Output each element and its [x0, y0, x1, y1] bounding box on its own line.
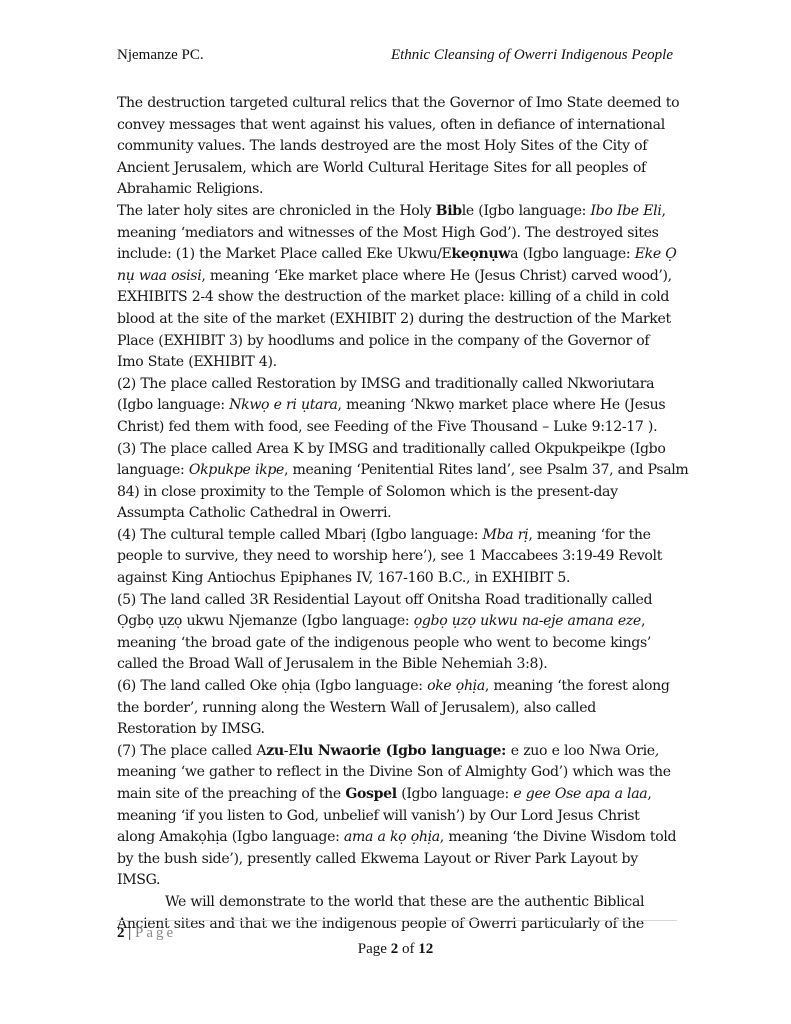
text-line: Imo State (EXHIBIT 4).: [117, 352, 687, 374]
text-line: people to survive, they need to worship …: [117, 546, 687, 568]
bold-run: zu: [266, 743, 284, 759]
text-run: against King Antiochus Epiphanes IV, 167…: [117, 570, 570, 586]
text-run: Christ) fed them with food, see Feeding …: [117, 419, 657, 435]
igbo-term: Eke Ọ: [635, 246, 677, 262]
text-run: IMSG.: [117, 872, 160, 888]
current-page: 2: [391, 941, 399, 957]
text-line: Restoration by IMSG.: [117, 719, 687, 741]
footer-divider: [117, 920, 677, 921]
text-run: main site of the preaching of the: [117, 786, 345, 802]
igbo-term: ọgbọ ụzọ ukwu na-eje amana eze: [414, 613, 641, 629]
text-run: -E: [284, 743, 298, 759]
igbo-term: ama a kọ ọhịa: [344, 829, 440, 845]
text-line-indented: We will demonstrate to the world that th…: [117, 892, 687, 914]
text-run: Abrahamic Religions.: [117, 181, 263, 197]
igbo-term: Ibo Ibe Eli: [590, 203, 661, 219]
text-line: (3) The place called Area K by IMSG and …: [117, 439, 687, 461]
text-run: , meaning ‘for the: [528, 527, 650, 543]
text-run: (6) The land called Oke ọhịa (Igbo langu…: [117, 678, 427, 694]
text-line: EXHIBITS 2-4 show the destruction of the…: [117, 287, 687, 309]
text-line: The later holy sites are chronicled in t…: [117, 201, 687, 223]
footer-page-label: 2 | Page: [117, 925, 176, 942]
text-run: , meaning ‘Eke market place where He (Je…: [201, 268, 671, 284]
text-run: include: (1) the Market Place called Eke…: [117, 246, 451, 262]
text-line: The destruction targeted cultural relics…: [117, 93, 687, 115]
text-line: called the Broad Wall of Jerusalem in th…: [117, 654, 687, 676]
text-line: convey messages that went against his va…: [117, 115, 687, 137]
text-run: e zuo e loo Nwa Orie: [511, 743, 655, 759]
text-run: , meaning ‘the forest along: [485, 678, 670, 694]
text-line: 84) in close proximity to the Temple of …: [117, 482, 687, 504]
header-author: Njemanze PC.: [117, 47, 204, 64]
text-run: the border’, running along the Western W…: [117, 700, 596, 716]
text-line: nụ waa osisi, meaning ‘Eke market place …: [117, 266, 687, 288]
text-line: meaning ‘we gather to reflect in the Div…: [117, 762, 687, 784]
page-of-prefix: Page: [358, 941, 387, 957]
text-run: (2) The place called Restoration by IMSG…: [117, 376, 654, 392]
text-line: Abrahamic Religions.: [117, 179, 687, 201]
text-run: blood at the site of the market (EXHIBIT…: [117, 311, 671, 327]
text-run: (5) The land called 3R Residential Layou…: [117, 592, 652, 608]
text-run: (3) The place called Area K by IMSG and …: [117, 441, 666, 457]
text-line: along Amakọhịa (Igbo language: ama a kọ …: [117, 827, 687, 849]
text-line: (Igbo language: Nkwọ e ri ụtara, meaning…: [117, 395, 687, 417]
igbo-term: ,: [655, 743, 659, 759]
bold-run: Gospel: [345, 786, 396, 802]
text-run: ,: [647, 786, 651, 802]
igbo-term: Mba rị: [483, 527, 529, 543]
document-page: Njemanze PC. Ethnic Cleansing of Owerri …: [0, 0, 791, 1024]
text-run: along Amakọhịa (Igbo language:: [117, 829, 344, 845]
text-run: meaning ‘we gather to reflect in the Div…: [117, 764, 671, 780]
text-run: a (Igbo language:: [510, 246, 635, 262]
text-run: ,: [662, 203, 666, 219]
text-line: Ancient Jerusalem, which are World Cultu…: [117, 158, 687, 180]
text-line: Christ) fed them with food, see Feeding …: [117, 417, 687, 439]
text-run: EXHIBITS 2-4 show the destruction of the…: [117, 289, 669, 305]
text-run: (7) The place called A: [117, 743, 266, 759]
text-line: (2) The place called Restoration by IMSG…: [117, 374, 687, 396]
text-run: (Igbo language:: [397, 786, 514, 802]
text-run: , meaning ‘Penitential Rites land’, see …: [284, 462, 688, 478]
text-run: convey messages that went against his va…: [117, 117, 665, 133]
text-run: The destruction targeted cultural relics…: [117, 95, 679, 111]
bold-run: Bib: [436, 203, 462, 219]
text-line: by the bush side’), presently called Ekw…: [117, 849, 687, 871]
text-run: , meaning ‘the Divine Wisdom told: [440, 829, 676, 845]
text-run: by the bush side’), presently called Ekw…: [117, 851, 638, 867]
total-pages: 12: [418, 941, 433, 957]
text-run: 84) in close proximity to the Temple of …: [117, 484, 618, 500]
text-line: include: (1) the Market Place called Eke…: [117, 244, 687, 266]
text-run: called the Broad Wall of Jerusalem in th…: [117, 656, 547, 672]
bold-run: keọnụw: [451, 246, 510, 262]
text-run: Place (EXHIBIT 3) by hoodlums and police…: [117, 333, 649, 349]
text-run: (Igbo language:: [117, 397, 229, 413]
body-text: The destruction targeted cultural relics…: [117, 93, 687, 935]
text-run: people to survive, they need to worship …: [117, 548, 662, 564]
text-line: Place (EXHIBIT 3) by hoodlums and police…: [117, 331, 687, 353]
text-line: meaning ‘if you listen to God, unbelief …: [117, 806, 687, 828]
text-run: Ọgbọ ụzọ ukwu Njemanze (Igbo language:: [117, 613, 414, 629]
text-run: Ancient sites and that we the indigenous…: [117, 916, 644, 932]
text-line: community values. The lands destroyed ar…: [117, 136, 687, 158]
text-line: Ọgbọ ụzọ ukwu Njemanze (Igbo language: ọ…: [117, 611, 687, 633]
footer-page-number: 2: [117, 925, 125, 941]
bold-run: lu Nwaorie (Igbo language:: [298, 743, 511, 759]
text-run: community values. The lands destroyed ar…: [117, 138, 647, 154]
text-line: (5) The land called 3R Residential Layou…: [117, 590, 687, 612]
text-line: against King Antiochus Epiphanes IV, 167…: [117, 568, 687, 590]
text-run: meaning ‘the broad gate of the indigenou…: [117, 635, 651, 651]
text-line: (6) The land called Oke ọhịa (Igbo langu…: [117, 676, 687, 698]
page-of-indicator: Page 2 of 12: [0, 941, 791, 958]
igbo-term: nụ waa osisi: [117, 268, 201, 284]
text-line: main site of the preaching of the Gospel…: [117, 784, 687, 806]
text-run: Assumpta Catholic Cathedral in Owerri.: [117, 505, 391, 521]
text-line: language: Okpukpe ikpe, meaning ‘Peniten…: [117, 460, 687, 482]
page-of-word: of: [402, 941, 415, 957]
footer-page-word: Page: [135, 925, 176, 941]
text-line: (4) The cultural temple called Mbarị (Ig…: [117, 525, 687, 547]
header-title: Ethnic Cleansing of Owerri Indigenous Pe…: [391, 47, 673, 64]
igbo-term: e gee Ose apa a laa: [513, 786, 647, 802]
text-line: meaning ‘the broad gate of the indigenou…: [117, 633, 687, 655]
igbo-term: Okpukpe ikpe: [189, 462, 284, 478]
text-line: (7) The place called Azu-Elu Nwaorie (Ig…: [117, 741, 687, 763]
text-line: Ancient sites and that we the indigenous…: [117, 914, 687, 936]
text-run: Ancient Jerusalem, which are World Cultu…: [117, 160, 646, 176]
text-line: the border’, running along the Western W…: [117, 698, 687, 720]
text-line: meaning ‘mediators and witnesses of the …: [117, 223, 687, 245]
igbo-term: Nkwọ e ri ụtara: [229, 397, 337, 413]
text-run: language:: [117, 462, 189, 478]
text-run: Restoration by IMSG.: [117, 721, 265, 737]
text-run: , meaning ‘Nkwọ market place where He (J…: [338, 397, 666, 413]
footer-separator: |: [128, 925, 131, 941]
text-run: e (Igbo language:: [466, 203, 591, 219]
text-run: (4) The cultural temple called Mbarị (Ig…: [117, 527, 483, 543]
text-run: Imo State (EXHIBIT 4).: [117, 354, 277, 370]
text-run: The later holy sites are chronicled in t…: [117, 203, 436, 219]
text-run: meaning ‘mediators and witnesses of the …: [117, 225, 659, 241]
text-run: We will demonstrate to the world that th…: [165, 894, 644, 910]
text-line: Assumpta Catholic Cathedral in Owerri.: [117, 503, 687, 525]
text-line: blood at the site of the market (EXHIBIT…: [117, 309, 687, 331]
text-line: IMSG.: [117, 870, 687, 892]
text-run: ,: [641, 613, 645, 629]
igbo-term: oke ọhịa: [427, 678, 485, 694]
text-run: meaning ‘if you listen to God, unbelief …: [117, 808, 640, 824]
